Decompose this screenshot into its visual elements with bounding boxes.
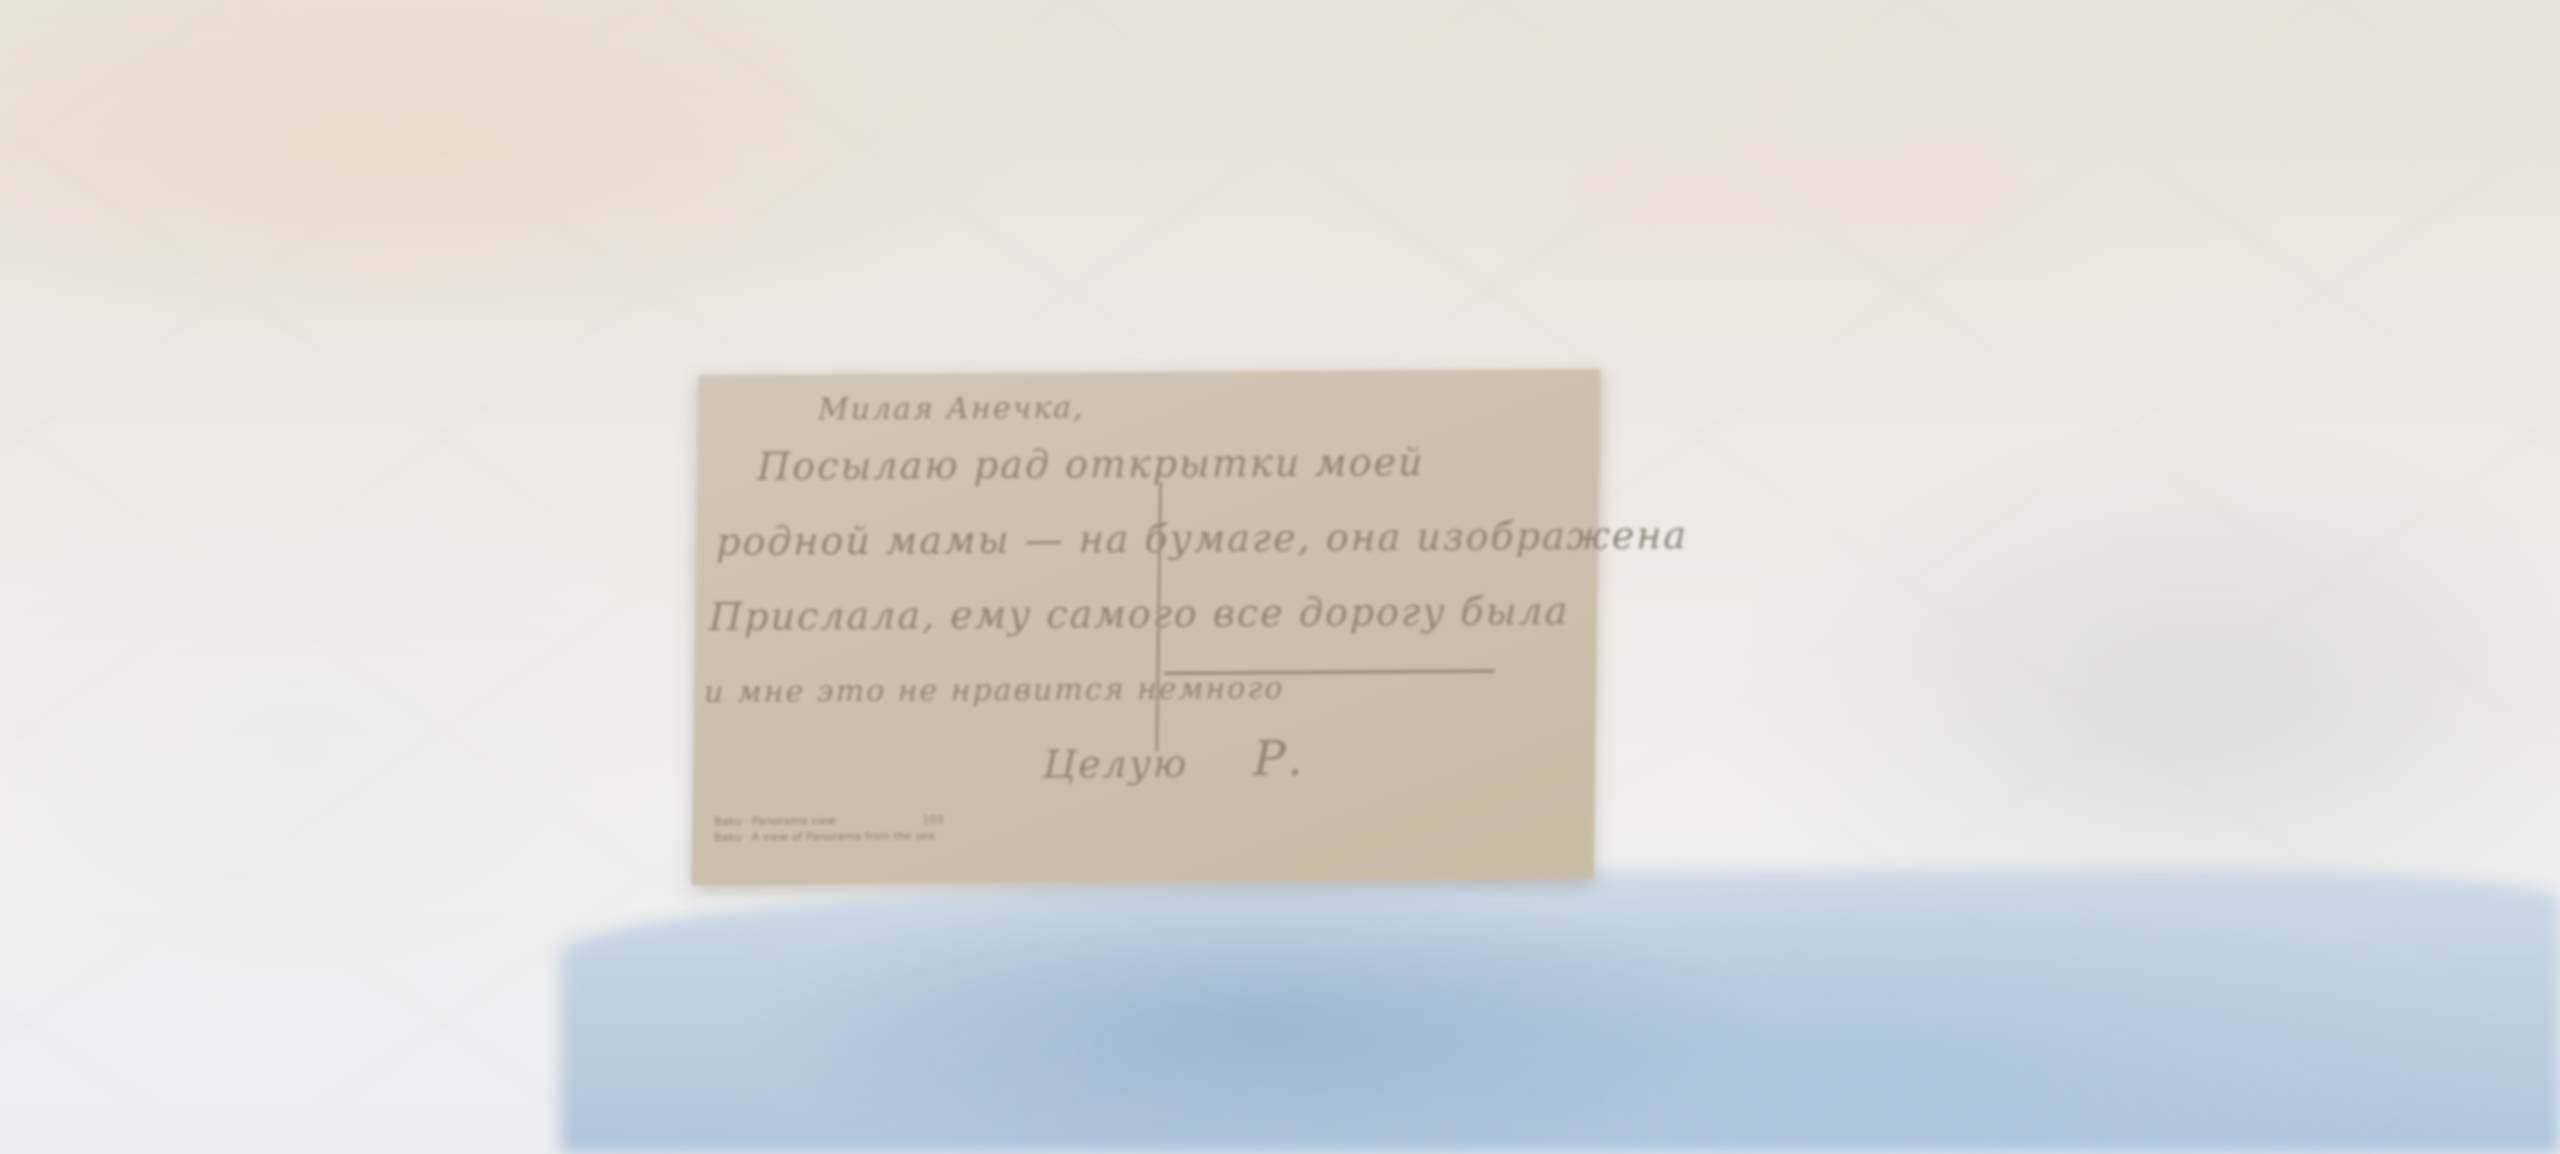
signature: Р. (1253, 731, 1305, 787)
postcard: Милая Анечка, Посылаю рад открытки моей … (691, 369, 1600, 885)
printed-caption-line: Baku · Panorama view (714, 814, 836, 828)
printed-caption-line: Baku · A view of Panorama from the sea (714, 829, 935, 844)
handwriting-line: Прислала, ему самого все дорогу была (709, 589, 1570, 639)
address-line (1164, 670, 1494, 675)
handwriting-line: Посылаю рад открытки моей (757, 440, 1425, 489)
handwriting-closing: Целую (1043, 742, 1189, 787)
handwriting-line-greeting: Милая Анечка, (818, 390, 1085, 427)
blue-cloth (560, 870, 2560, 1154)
handwriting-line: родной мамы — на бумаге, она изображена (716, 513, 1689, 564)
printed-number: 103 (922, 813, 943, 826)
handwriting-line: и мне это не нравится немного (704, 671, 1285, 710)
